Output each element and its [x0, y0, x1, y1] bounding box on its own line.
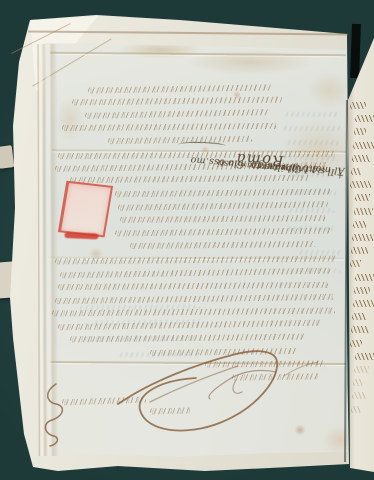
facing-page-text-fragment	[355, 353, 374, 360]
facing-page-text-fragment	[354, 207, 373, 214]
archive-photo: + Al molto Ill.re sig.r mio oss.mo Il si…	[0, 0, 374, 480]
facing-page-text-fragment	[355, 194, 370, 201]
facing-page-text-fragment	[351, 168, 361, 175]
facing-page-text-fragment	[353, 300, 374, 307]
facing-page-text-fragment	[351, 326, 369, 333]
facing-page-text-fragment	[350, 181, 371, 188]
facing-page-text-fragment	[350, 260, 361, 267]
facing-page-edge	[346, 36, 374, 474]
facing-page-text-fragment	[355, 274, 374, 281]
facing-page-text-fragment	[350, 102, 366, 109]
facing-page-text-fragment	[352, 155, 370, 162]
facing-page-text-fragment	[351, 247, 368, 254]
facing-page-text-fragment	[352, 234, 374, 241]
facing-page-text-fragment	[353, 141, 374, 148]
spine-strap	[350, 24, 361, 78]
facing-page-text-fragment	[353, 221, 366, 228]
facing-page-text-fragment	[354, 128, 366, 135]
facing-page-text-fragment	[351, 406, 361, 413]
wax-seal-mark	[58, 181, 113, 238]
left-fold-stack	[37, 44, 62, 456]
facing-page-text-fragment	[352, 392, 366, 399]
facing-page-text-fragment	[353, 379, 362, 386]
facing-page-text-fragment	[355, 115, 374, 122]
facing-page-text-fragment	[354, 366, 369, 373]
paper-tab-left-upper	[0, 145, 14, 169]
facing-page-text-fragment	[354, 287, 370, 294]
facing-page-text-fragment	[352, 313, 366, 320]
facing-page-text-fragment	[350, 339, 362, 346]
